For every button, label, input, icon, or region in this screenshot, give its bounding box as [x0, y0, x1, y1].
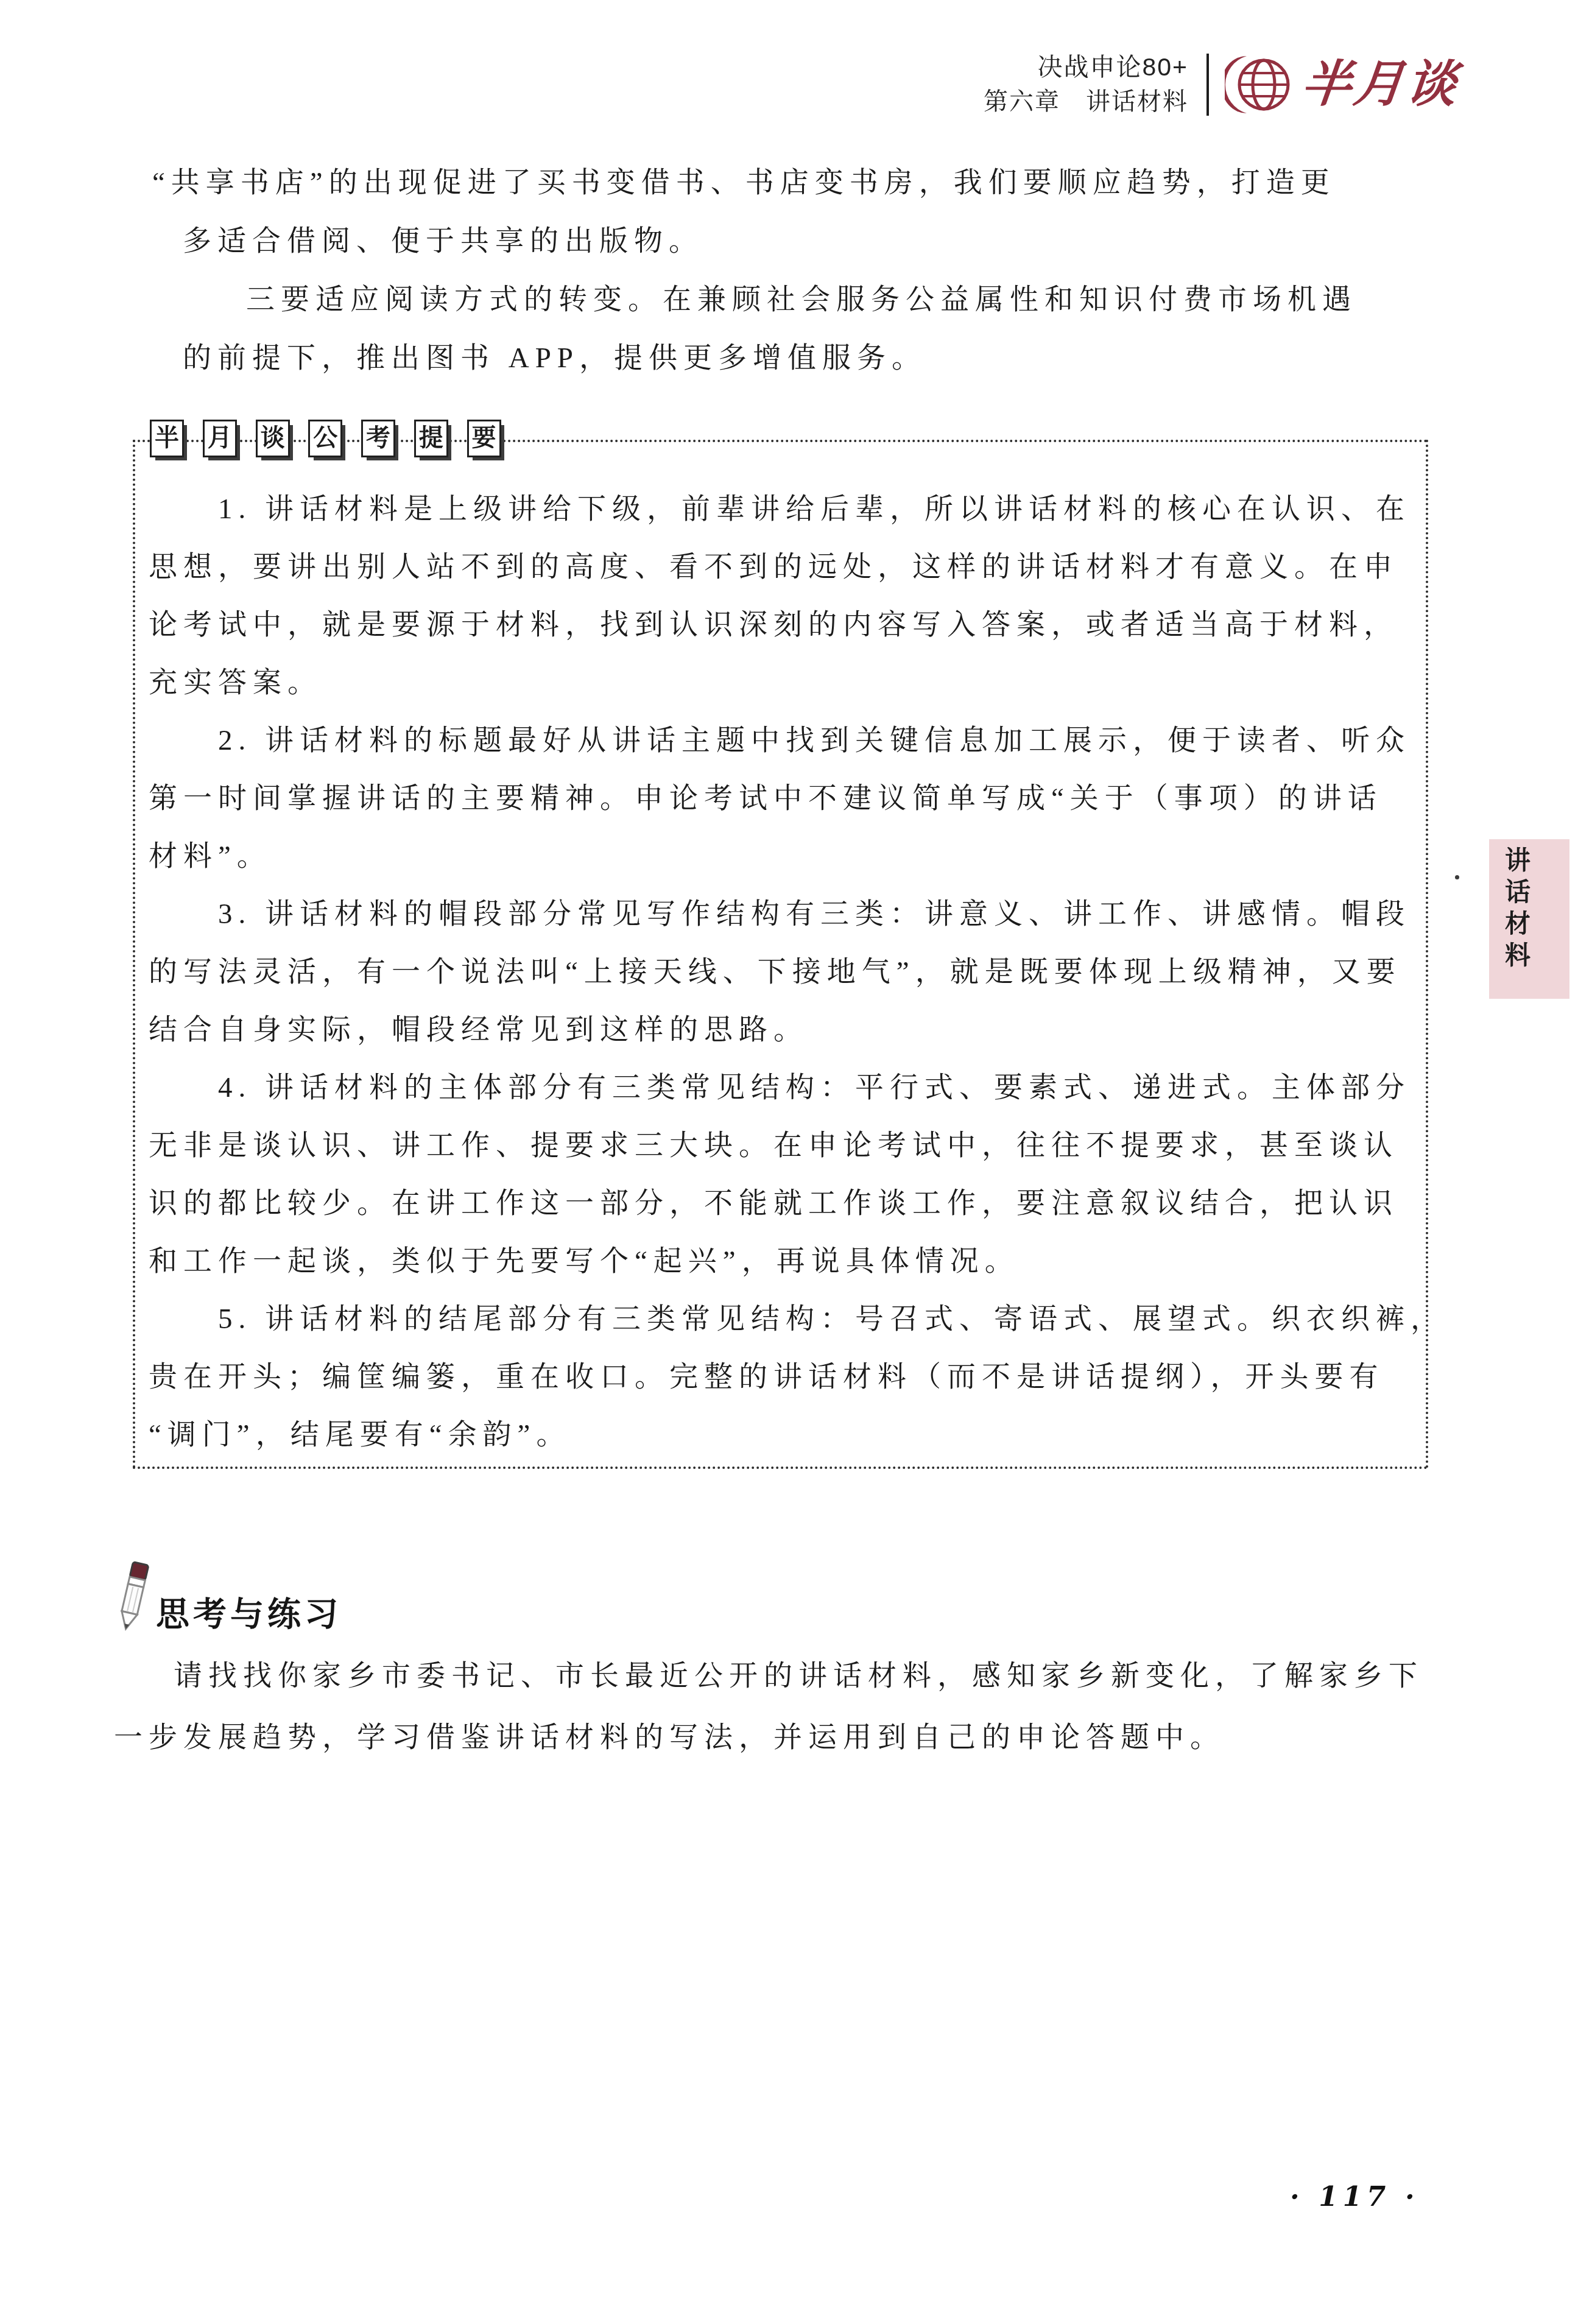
title-char: 半 [150, 420, 184, 457]
practice-line: 一步发展趋势，学习借鉴讲话材料的写法，并运用到自己的申论答题中。 [114, 1707, 1442, 1769]
summary-line: 思想，要讲出别人站不到的高度、看不到的远处，这样的讲话材料才有意义。在申 [149, 538, 1418, 596]
summary-line: 论考试中，就是要源于材料，找到认识深刻的内容写入答案，或者适当高于材料， [149, 596, 1418, 654]
summary-line: 充实答案。 [149, 654, 1418, 712]
brand-logo: 半月谈 [1225, 54, 1459, 115]
title-char: 考 [361, 420, 395, 457]
summary-line: 贵在开头；编筐编篓，重在收口。完整的讲话材料（而不是讲话提纲），开头要有 [149, 1348, 1418, 1406]
intro-paragraphs: “共享书店”的出现促进了买书变借书、书店变书房，我们要顺应趋势，打造更 多适合借… [183, 153, 1443, 387]
chapter-title: 第六章 讲话材料 [984, 86, 1188, 118]
brand-name: 半月谈 [1299, 60, 1462, 110]
title-char: 公 [308, 420, 342, 457]
summary-line: 2. 讲话材料的标题最好从讲话主题中找到关键信息加工展示，便于读者、听众 [149, 712, 1418, 770]
title-char: 提 [414, 420, 448, 457]
summary-line: 第一时间掌握讲话的主要精神。申论考试中不建议简单写成“关于（事项）的讲话 [149, 770, 1418, 828]
summary-box: 半 月 谈 公 考 提 要 1. 讲话材料是上级讲给下级，前辈讲给后辈，所以讲话… [133, 440, 1428, 1469]
summary-line: 材料”。 [149, 828, 1418, 886]
practice-line: 请找找你家乡市委书记、市长最近公开的讲话材料，感知家乡新变化，了解家乡下 [114, 1646, 1442, 1707]
summary-line: 的写法灵活，有一个说法叫“上接天线、下接地气”，就是既要体现上级精神，又要 [149, 943, 1418, 1001]
book-title: 决战申论80+ [984, 51, 1188, 83]
pencil-icon [113, 1560, 152, 1637]
intro-line: 多适合借阅、便于共享的出版物。 [183, 212, 1443, 270]
intro-line: 的前提下，推出图书 APP，提供更多增值服务。 [183, 329, 1443, 387]
page-header: 决战申论80+ 第六章 讲话材料 半月谈 [984, 51, 1459, 118]
summary-line: 结合自身实际，帽段经常见到这样的思路。 [149, 1001, 1418, 1059]
summary-line: 和工作一起谈，类似于先要写个“起兴”，再说具体情况。 [149, 1233, 1418, 1291]
title-char: 谈 [256, 420, 290, 457]
summary-line: 3. 讲话材料的帽段部分常见写作结构有三类：讲意义、讲工作、讲感情。帽段 [149, 886, 1418, 943]
title-char: 月 [203, 420, 237, 457]
book-page: 决战申论80+ 第六章 讲话材料 半月谈 “共享书店”的出现促 [0, 0, 1578, 2324]
header-titles: 决战申论80+ 第六章 讲话材料 [984, 51, 1188, 118]
summary-line: 4. 讲话材料的主体部分有三类常见结构：平行式、要素式、递进式。主体部分 [149, 1059, 1418, 1117]
print-speck [1455, 875, 1459, 879]
summary-line: 1. 讲话材料是上级讲给下级，前辈讲给后辈，所以讲话材料的核心在认识、在 [149, 481, 1418, 538]
page-number: · 117 · [1290, 2180, 1420, 2213]
summary-box-title: 半 月 谈 公 考 提 要 [150, 420, 507, 457]
summary-line: 5. 讲话材料的结尾部分有三类常见结构：号召式、寄语式、展望式。织衣织裤， [149, 1291, 1418, 1348]
practice-paragraph: 请找找你家乡市委书记、市长最近公开的讲话材料，感知家乡新变化，了解家乡下 一步发… [114, 1646, 1442, 1769]
side-tab-label: 讲话材料 [1498, 847, 1534, 973]
globe-icon [1225, 54, 1293, 115]
practice-section-title: 思考与练习 [156, 1587, 342, 1635]
header-divider [1206, 54, 1209, 116]
summary-line: 识的都比较少。在讲工作这一部分，不能就工作谈工作，要注意叙议结合，把认识 [149, 1175, 1418, 1233]
summary-line: “调门”，结尾要有“余韵”。 [149, 1406, 1418, 1464]
intro-line: 三要适应阅读方式的转变。在兼顾社会服务公益属性和知识付费市场机遇 [183, 270, 1443, 329]
chapter-side-tab: 讲话材料 [1489, 839, 1569, 999]
intro-line: “共享书店”的出现促进了买书变借书、书店变书房，我们要顺应趋势，打造更 [183, 153, 1443, 212]
summary-line: 无非是谈认识、讲工作、提要求三大块。在申论考试中，往往不提要求，甚至谈认 [149, 1117, 1418, 1175]
title-char: 要 [467, 420, 501, 457]
